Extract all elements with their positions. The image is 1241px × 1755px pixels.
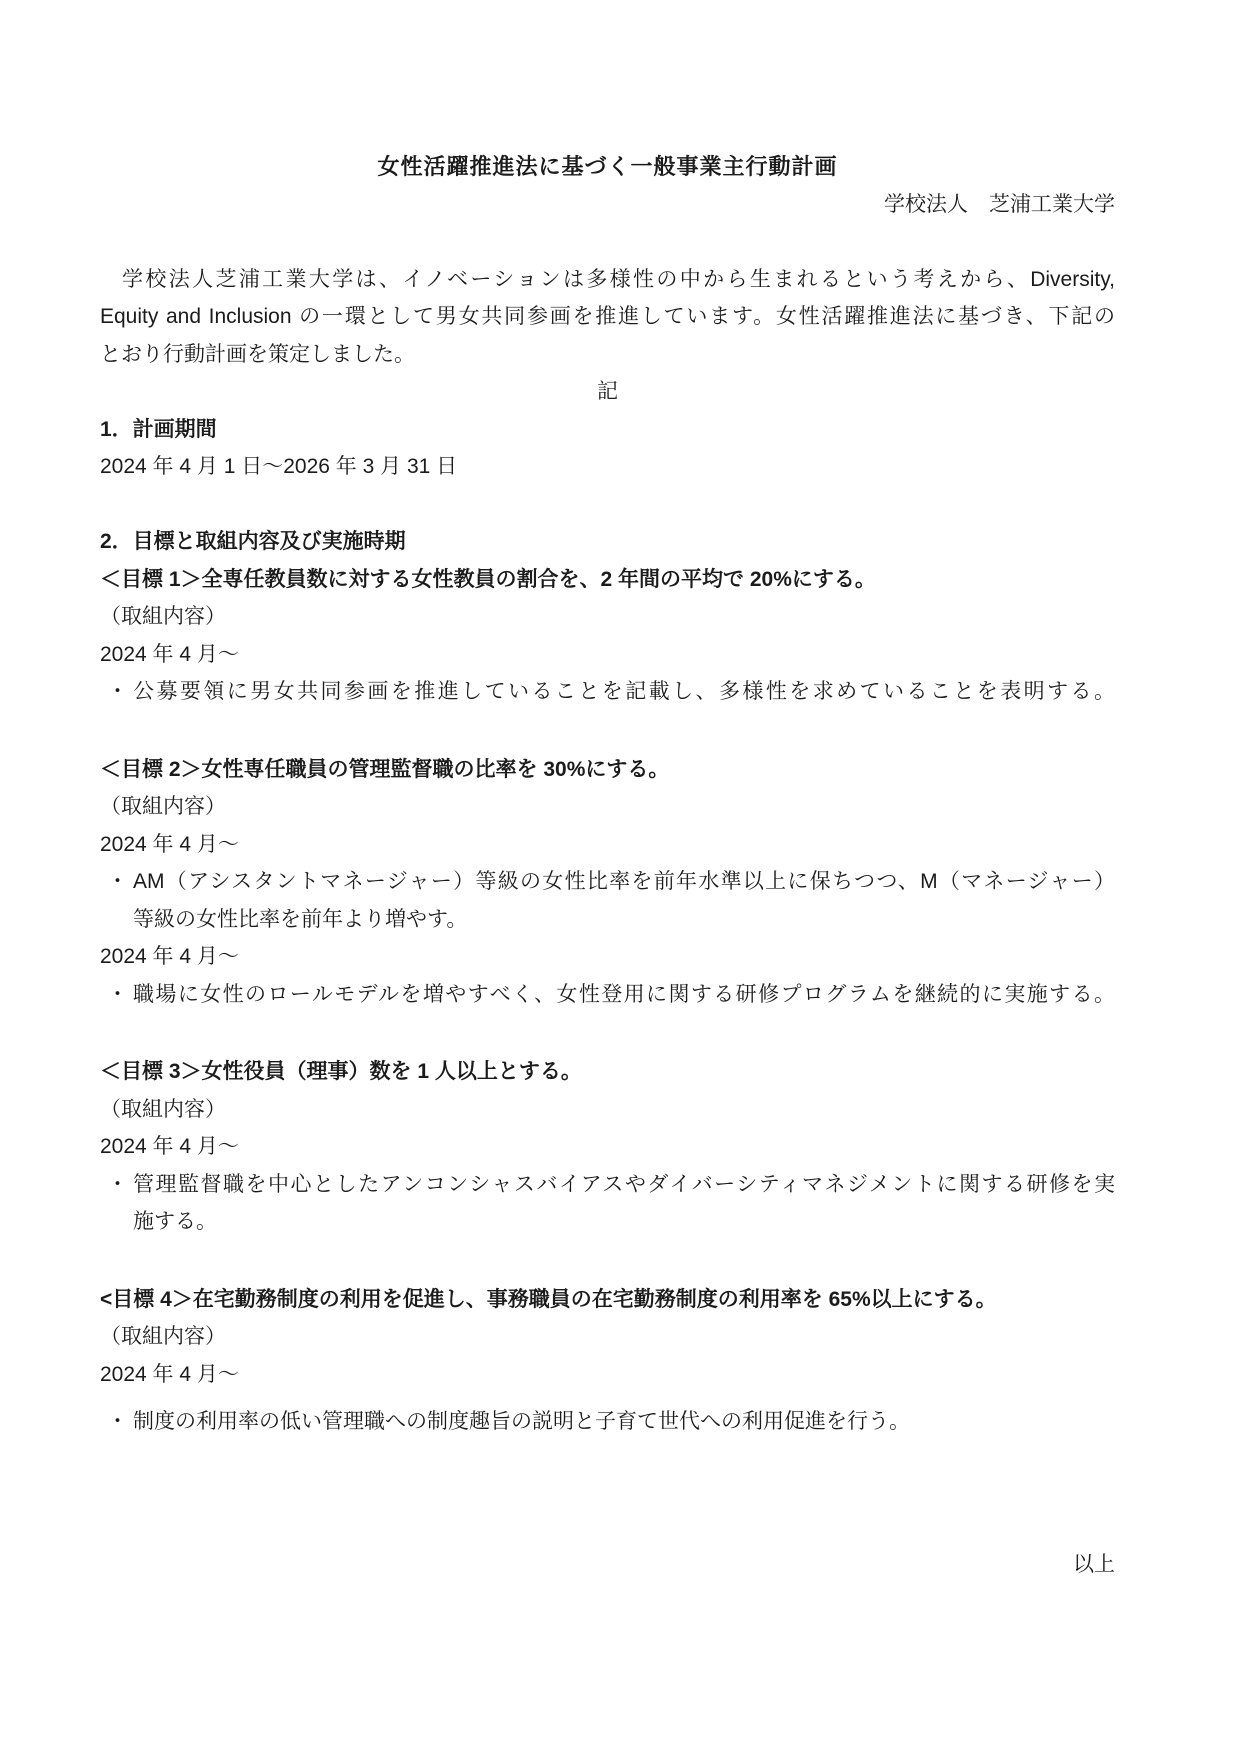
page-title: 女性活躍推進法に基づく一般事業主行動計画 [100, 148, 1115, 186]
intro-line: とおり行動計画を策定しました。 [100, 336, 1115, 374]
bullet-marker: ・ [107, 1403, 128, 1441]
bullet-item: ・ 職場に女性のロールモデルを増やすべく、女性登用に関する研修プログラムを継続的… [100, 976, 1115, 1014]
bullet-text-continued: 等級の女性比率を前年より増やす。 [100, 901, 1115, 939]
intro-line: Equity and Inclusion の一環として男女共同参画を推進していま… [100, 298, 1115, 336]
intro-line: 学校法人芝浦工業大学は、イノベーションは多様性の中から生まれるという考えから、D… [100, 261, 1115, 299]
content-label: （取組内容） [100, 1318, 1115, 1356]
goal-4-heading: <目標 4＞在宅勤務制度の利用を促進し、事務職員の在宅勤務制度の利用率を 65%… [100, 1281, 1115, 1319]
implementation-start-date: 2024 年 4 月～ [100, 826, 1115, 864]
bullet-text: 公募要領に男女共同参画を推進していることを記載し、多様性を求めていることを表明す… [133, 673, 1115, 711]
goal-3-heading: ＜目標 3＞女性役員（理事）数を 1 人以上とする。 [100, 1053, 1115, 1091]
bullet-item: ・ 公募要領に男女共同参画を推進していることを記載し、多様性を求めていることを表… [100, 673, 1115, 711]
bullet-text: AM（アシスタントマネージャー）等級の女性比率を前年水準以上に保ちつつ、M（マネ… [133, 863, 1115, 901]
section-2-heading: 2．目標と取組内容及び実施時期 [100, 523, 1115, 561]
closing-mark: 以上 [100, 1546, 1115, 1584]
document-page: 女性活躍推進法に基づく一般事業主行動計画 学校法人 芝浦工業大学 学校法人芝浦工… [0, 0, 1241, 1755]
plan-period: 2024 年 4 月 1 日～2026 年 3 月 31 日 [100, 448, 1115, 486]
bullet-text: 管理監督職を中心としたアンコンシャスバイアスやダイバーシティマネジメントに関する… [133, 1166, 1115, 1204]
bullet-text-continued: 施する。 [100, 1203, 1115, 1241]
bullet-text: 職場に女性のロールモデルを増やすべく、女性登用に関する研修プログラムを継続的に実… [133, 976, 1115, 1014]
implementation-start-date: 2024 年 4 月～ [100, 1128, 1115, 1166]
bullet-item: ・ 管理監督職を中心としたアンコンシャスバイアスやダイバーシティマネジメントに関… [100, 1166, 1115, 1204]
content-label: （取組内容） [100, 598, 1115, 636]
record-mark: 記 [100, 373, 1115, 411]
implementation-start-date: 2024 年 4 月～ [100, 636, 1115, 674]
implementation-start-date: 2024 年 4 月～ [100, 938, 1115, 976]
goal-2-heading: ＜目標 2＞女性専任職員の管理監督職の比率を 30%にする。 [100, 751, 1115, 789]
bullet-item: ・ 制度の利用率の低い管理職への制度趣旨の説明と子育て世代への利用促進を行う。 [100, 1403, 1115, 1441]
section-1-heading: 1．計画期間 [100, 411, 1115, 449]
bullet-marker: ・ [107, 863, 128, 901]
document-body: 女性活躍推進法に基づく一般事業主行動計画 学校法人 芝浦工業大学 学校法人芝浦工… [100, 0, 1115, 1583]
bullet-item: ・ AM（アシスタントマネージャー）等級の女性比率を前年水準以上に保ちつつ、M（… [100, 863, 1115, 901]
bullet-marker: ・ [107, 673, 128, 711]
goal-1-heading: ＜目標 1＞全専任教員数に対する女性教員の割合を、2 年間の平均で 20%にする… [100, 561, 1115, 599]
content-label: （取組内容） [100, 1091, 1115, 1129]
implementation-start-date: 2024 年 4 月～ [100, 1356, 1115, 1394]
organization-name: 学校法人 芝浦工業大学 [100, 186, 1115, 224]
bullet-marker: ・ [107, 1166, 128, 1204]
content-label: （取組内容） [100, 788, 1115, 826]
bullet-marker: ・ [107, 976, 128, 1014]
bullet-text: 制度の利用率の低い管理職への制度趣旨の説明と子育て世代への利用促進を行う。 [133, 1403, 1115, 1441]
